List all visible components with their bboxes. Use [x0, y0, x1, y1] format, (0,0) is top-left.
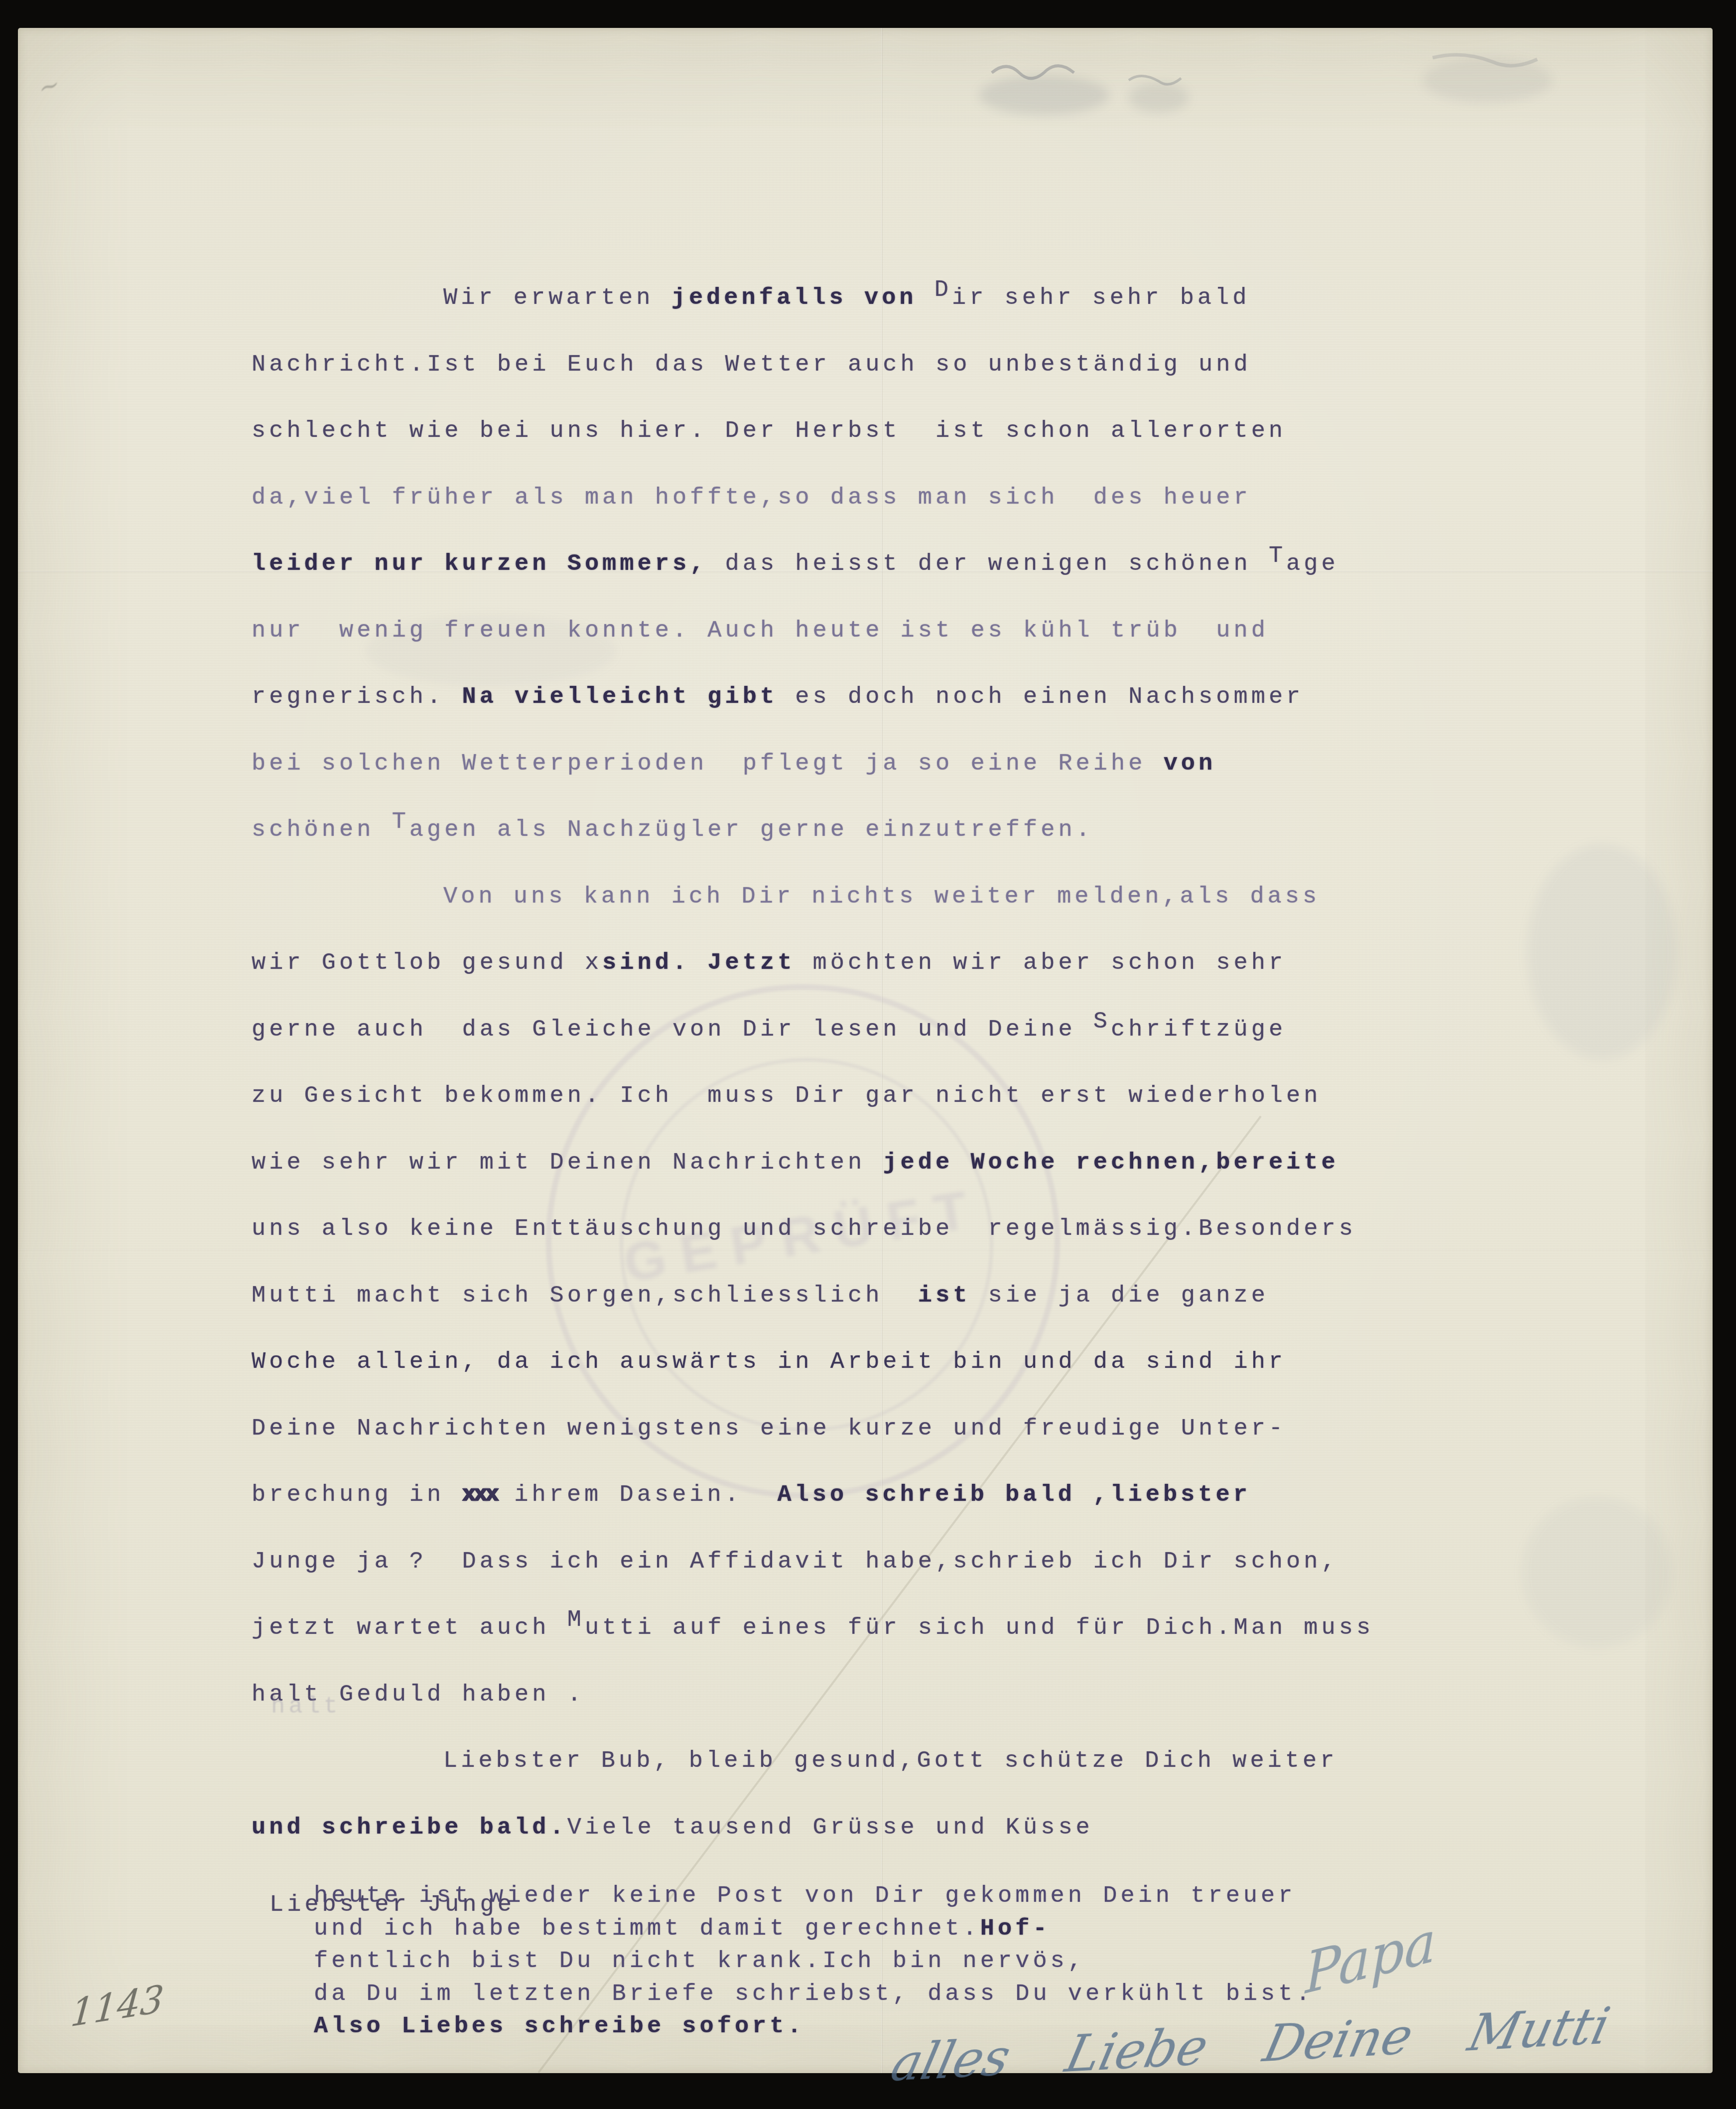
letter-text-segment: Also schreib bald ,liebster [777, 1482, 1251, 1508]
letter-text-segment: fentlich bist Du nicht krank.Ich bin ner… [314, 1948, 1085, 1975]
letter-line: schlecht wie bei uns hier. Der Herbst is… [252, 419, 1286, 443]
letter-text-segment: da,viel früher als man hoffte,so dass ma… [252, 485, 1251, 511]
letter-line: Deine Nachrichten wenigstens eine kurze … [252, 1417, 1286, 1441]
letter-text-segment: utti auf eines für sich und für Dich.Man… [585, 1615, 1374, 1641]
letter-text-segment: Wir erwarten [443, 285, 671, 311]
letter-text-segment: age [1286, 551, 1339, 577]
letter-text-segment: Dein treuer [1103, 1883, 1296, 1909]
letter-text-segment: sie ja die ganze [970, 1283, 1268, 1309]
letter-text-segment: Von uns kann ich Dir nichts weiter melde… [443, 884, 1320, 910]
letter-text-segment: S [1093, 1010, 1111, 1034]
letter-text-segment: jetzt wartet auch [252, 1615, 567, 1641]
letter-line: Mutti macht sich Sorgen,schliesslich ist… [252, 1284, 1269, 1308]
letter-text-segment: Nachricht.Ist bei Euch das Wetter auch s… [252, 352, 1251, 378]
letter-line: Nachricht.Ist bei Euch das Wetter auch s… [252, 353, 1251, 377]
letter-text-segment: sind. Jetzt [602, 950, 795, 976]
letter-text-segment: zu Gesicht bekommen. Ich muss Dir gar ni… [252, 1083, 1321, 1109]
letter-text-segment: agen als Nachzügler gerne einzutreffen. [409, 817, 1093, 843]
letter-text-segment: wie sehr wir mit Deinen Nachrichten [252, 1150, 883, 1176]
letter-text-segment: Also Liebes schreibe sofort. [314, 2013, 805, 2040]
letter-line: fentlich bist Du nicht krank.Ich bin ner… [314, 1950, 1085, 1973]
letter-text-segment: schlecht wie bei uns hier. Der Herbst is… [252, 418, 1286, 444]
letter-text-segment: es doch noch einen Nachsommer [778, 684, 1304, 710]
letter-text-segment: Na vielleicht gibt [462, 684, 778, 710]
letter-line: Von uns kann ich Dir nichts weiter melde… [443, 885, 1320, 909]
letter-line: regnerisch. Na vielleicht gibt es doch n… [252, 685, 1304, 709]
letter-line: Woche allein, da ich auswärts in Arbeit … [252, 1350, 1286, 1374]
ink-smudge [1423, 58, 1552, 103]
letter-text-segment: jede Woche rechnen,bereite [883, 1150, 1338, 1176]
letter-line: jetzt wartet auch Mutti auf eines für si… [252, 1616, 1374, 1640]
letter-line: uns also keine Enttäuschung und schreibe… [252, 1217, 1356, 1241]
letter-text-segment: M [567, 1608, 585, 1632]
letter-text-segment: nur wenig freuen konnte. Auch heute ist … [252, 618, 1269, 644]
letter-text-segment: Mutti macht sich Sorgen,schliesslich [252, 1283, 918, 1309]
letter-line: nur wenig freuen konnte. Auch heute ist … [252, 619, 1269, 643]
ghost-typed-word: halt [271, 1694, 341, 1720]
print-through-ghost [1527, 845, 1677, 1059]
letter-line: wie sehr wir mit Deinen Nachrichten jede… [252, 1151, 1339, 1175]
letter-text-segment: und schreibe bald. [252, 1815, 567, 1841]
letter-text-segment: uns also keine Enttäuschung und schreibe… [252, 1216, 1356, 1242]
letter-line: bei solchen Wetterperioden pflegt ja so … [252, 752, 1216, 776]
letter-text-segment: wir Gottlob gesund x [252, 950, 602, 976]
ink-smudge [979, 75, 1109, 115]
letter-text-segment: bei solchen Wetterperioden pflegt ja so … [252, 751, 1164, 777]
letter-line: Junge ja ? Dass ich ein Affidavit habe,s… [252, 1550, 1339, 1574]
letter-text-segment: Deine Nachrichten wenigstens eine kurze … [252, 1416, 1286, 1442]
letter-text-segment: möchten wir aber schon sehr [795, 950, 1286, 976]
archive-number-pencil: 1143 [69, 1977, 165, 2036]
letter-text-segment: von [1164, 751, 1216, 777]
letter-text-segment: regnerisch. [252, 684, 462, 710]
letter-text-segment: das heisst der wenigen schönen [707, 551, 1269, 577]
letter-text-segment: Liebster Bub, bleib gesund,Gott schütze … [443, 1748, 1337, 1774]
letter-text-segment: leider nur kurzen Sommers, [252, 551, 707, 577]
letter-text-segment: T [1269, 544, 1286, 568]
letter-text-segment: Viele tausend Grüsse und Küsse [567, 1815, 1093, 1841]
letter-line: leider nur kurzen Sommers, das heisst de… [252, 552, 1339, 576]
letter-line: zu Gesicht bekommen. Ich muss Dir gar ni… [252, 1084, 1321, 1108]
letter-text-segment: und ich habe bestimmt damit gerechnet. [314, 1916, 980, 1942]
letter-text-segment: ihrem Dasein. [497, 1482, 777, 1508]
letter-line: und schreibe bald.Viele tausend Grüsse u… [252, 1816, 1093, 1840]
signature-mutti: alles Liebe Deine Mutti [886, 1996, 1615, 2093]
letter-line: brechung in xxx ihrem Dasein. Also schre… [252, 1483, 1251, 1507]
print-through-ghost [1522, 1497, 1672, 1647]
letter-line: Liebster Bub, bleib gesund,Gott schütze … [443, 1749, 1337, 1773]
letter-line: Wir erwarten jedenfalls von Dir sehr seh… [443, 286, 1250, 310]
letter-text-segment: Hof- [980, 1916, 1051, 1942]
scanned-letter: GEPRÜFT ~ Wir erwarten jedenfalls von Di… [0, 0, 1736, 2109]
letter-line: da,viel früher als man hoffte,so dass ma… [252, 486, 1251, 510]
letter-line: gerne auch das Gleiche von Dir lesen und… [252, 1018, 1286, 1042]
letter-text-segment: xxx [462, 1482, 497, 1508]
letter-text-segment: gerne auch das Gleiche von Dir lesen und… [252, 1017, 1093, 1043]
fold-crease-horizontal-middle [18, 1249, 1713, 1250]
letter-text-segment: brechung in [252, 1482, 462, 1508]
letter-text-segment: T [392, 810, 409, 834]
letter-text-segment: ist [918, 1283, 971, 1309]
letter-text-segment: jedenfalls von [671, 285, 935, 311]
letter-text-segment: ir sehr sehr bald [952, 285, 1250, 311]
letter-text-segment: Junge ja ? Dass ich ein Affidavit habe,s… [252, 1549, 1339, 1575]
letter-text-segment: Woche allein, da ich auswärts in Arbeit … [252, 1349, 1286, 1375]
letter-line: wir Gottlob gesund xsind. Jetzt möchten … [252, 951, 1286, 975]
letter-line: schönen Tagen als Nachzügler gerne einzu… [252, 818, 1093, 842]
corner-pencil-scribble: ~ [39, 68, 60, 105]
signature-papa: Papa [1305, 1908, 1436, 2006]
letter-line: da Du im letzten Briefe schriebst, dass … [314, 1982, 1314, 2006]
letter-text-segment: heute ist wieder keine Post von Dir geko… [314, 1883, 1103, 1909]
letter-text-segment: schönen [252, 817, 392, 843]
letter-paper: GEPRÜFT ~ Wir erwarten jedenfalls von Di… [18, 28, 1713, 2073]
letter-text-segment: da Du im letzten Briefe schriebst, dass … [314, 1981, 1314, 2007]
letter-text-segment: D [935, 278, 952, 302]
letter-line: und ich habe bestimmt damit gerechnet.Ho… [314, 1917, 1051, 1941]
letter-text-segment: chriftzüge [1111, 1017, 1286, 1043]
letter-line: Also Liebes schreibe sofort. [314, 2015, 805, 2038]
letter-line: heute ist wieder keine Post von Dir geko… [314, 1884, 1296, 1908]
ink-smudge [1129, 83, 1189, 113]
